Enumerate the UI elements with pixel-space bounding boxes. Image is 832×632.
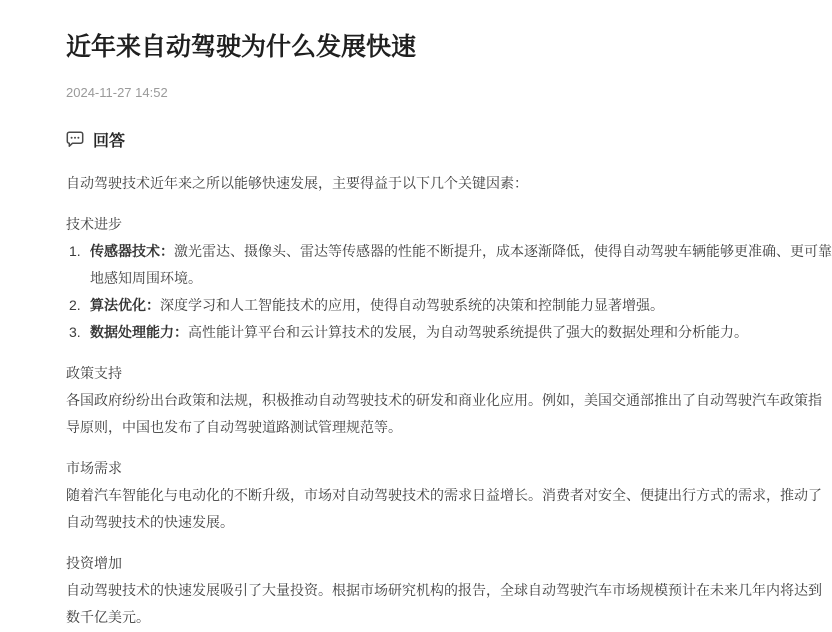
list-item-body: 激光雷达、摄像头、雷达等传感器的性能不断提升，成本逐渐降低，使得自动驾驶车辆能够…: [174, 243, 832, 259]
numbered-list: 1. 传感器技术：激光雷达、摄像头、雷达等传感器的性能不断提升，成本逐渐降低，使…: [66, 238, 832, 346]
list-item-text: 算法优化：深度学习和人工智能技术的应用，使得自动驾驶系统的决策和控制能力显著增强…: [90, 292, 664, 319]
list-item-label: 传感器技术：: [90, 243, 174, 259]
section-paragraph-line: 数千亿美元。: [66, 604, 832, 631]
section-investment: 投资增加 自动驾驶技术的快速发展吸引了大量投资。根据市场研究机构的报告，全球自动…: [66, 550, 832, 631]
section-policy: 政策支持 各国政府纷纷出台政策和法规，积极推动自动驾驶技术的研发和商业化应用。例…: [66, 360, 832, 441]
speech-bubble-icon: [66, 131, 84, 148]
section-technology: 技术进步 1. 传感器技术：激光雷达、摄像头、雷达等传感器的性能不断提升，成本逐…: [66, 211, 832, 346]
section-paragraph-line: 各国政府纷纷出台政策和法规，积极推动自动驾驶技术的研发和商业化应用。例如，美国交…: [66, 387, 832, 414]
section-paragraph-line: 导原则，中国也发布了自动驾驶道路测试管理规范等。: [66, 414, 832, 441]
page-title: 近年来自动驾驶为什么发展快速: [66, 30, 832, 64]
section-paragraph-line: 自动驾驶技术的快速发展。: [66, 509, 832, 536]
answer-header-label: 回答: [93, 128, 125, 151]
list-item-label: 数据处理能力：: [90, 324, 188, 340]
list-item-text: 传感器技术：激光雷达、摄像头、雷达等传感器的性能不断提升，成本逐渐降低，使得自动…: [90, 238, 832, 265]
list-item: 3. 数据处理能力：高性能计算平台和云计算技术的发展，为自动驾驶系统提供了强大的…: [66, 319, 832, 346]
section-paragraph-line: 自动驾驶技术的快速发展吸引了大量投资。根据市场研究机构的报告，全球自动驾驶汽车市…: [66, 577, 832, 604]
section-heading: 投资增加: [66, 550, 832, 577]
section-paragraph-line: 随着汽车智能化与电动化的不断升级，市场对自动驾驶技术的需求日益增长。消费者对安全…: [66, 482, 832, 509]
list-item-number: 1.: [66, 238, 90, 292]
timestamp: 2024-11-27 14:52: [66, 84, 832, 102]
section-heading: 政策支持: [66, 360, 832, 387]
section-market: 市场需求 随着汽车智能化与电动化的不断升级，市场对自动驾驶技术的需求日益增长。消…: [66, 455, 832, 536]
section-heading: 技术进步: [66, 211, 832, 238]
list-item-body: 高性能计算平台和云计算技术的发展，为自动驾驶系统提供了强大的数据处理和分析能力。: [188, 324, 748, 340]
intro-paragraph: 自动驾驶技术近年来之所以能够快速发展，主要得益于以下几个关键因素：: [66, 170, 832, 197]
list-item-text-continued: 地感知周围环境。: [90, 265, 832, 292]
list-item-label: 算法优化：: [90, 297, 160, 313]
answer-section-header: 回答: [66, 128, 832, 150]
list-item-number: 2.: [66, 292, 90, 319]
article-page: 近年来自动驾驶为什么发展快速 2024-11-27 14:52 回答 自动驾驶技…: [0, 0, 832, 632]
list-item-number: 3.: [66, 319, 90, 346]
list-item: 1. 传感器技术：激光雷达、摄像头、雷达等传感器的性能不断提升，成本逐渐降低，使…: [66, 238, 832, 292]
list-item-body: 深度学习和人工智能技术的应用，使得自动驾驶系统的决策和控制能力显著增强。: [160, 297, 664, 313]
section-heading: 市场需求: [66, 455, 832, 482]
list-item: 2. 算法优化：深度学习和人工智能技术的应用，使得自动驾驶系统的决策和控制能力显…: [66, 292, 832, 319]
list-item-text: 数据处理能力：高性能计算平台和云计算技术的发展，为自动驾驶系统提供了强大的数据处…: [90, 319, 748, 346]
